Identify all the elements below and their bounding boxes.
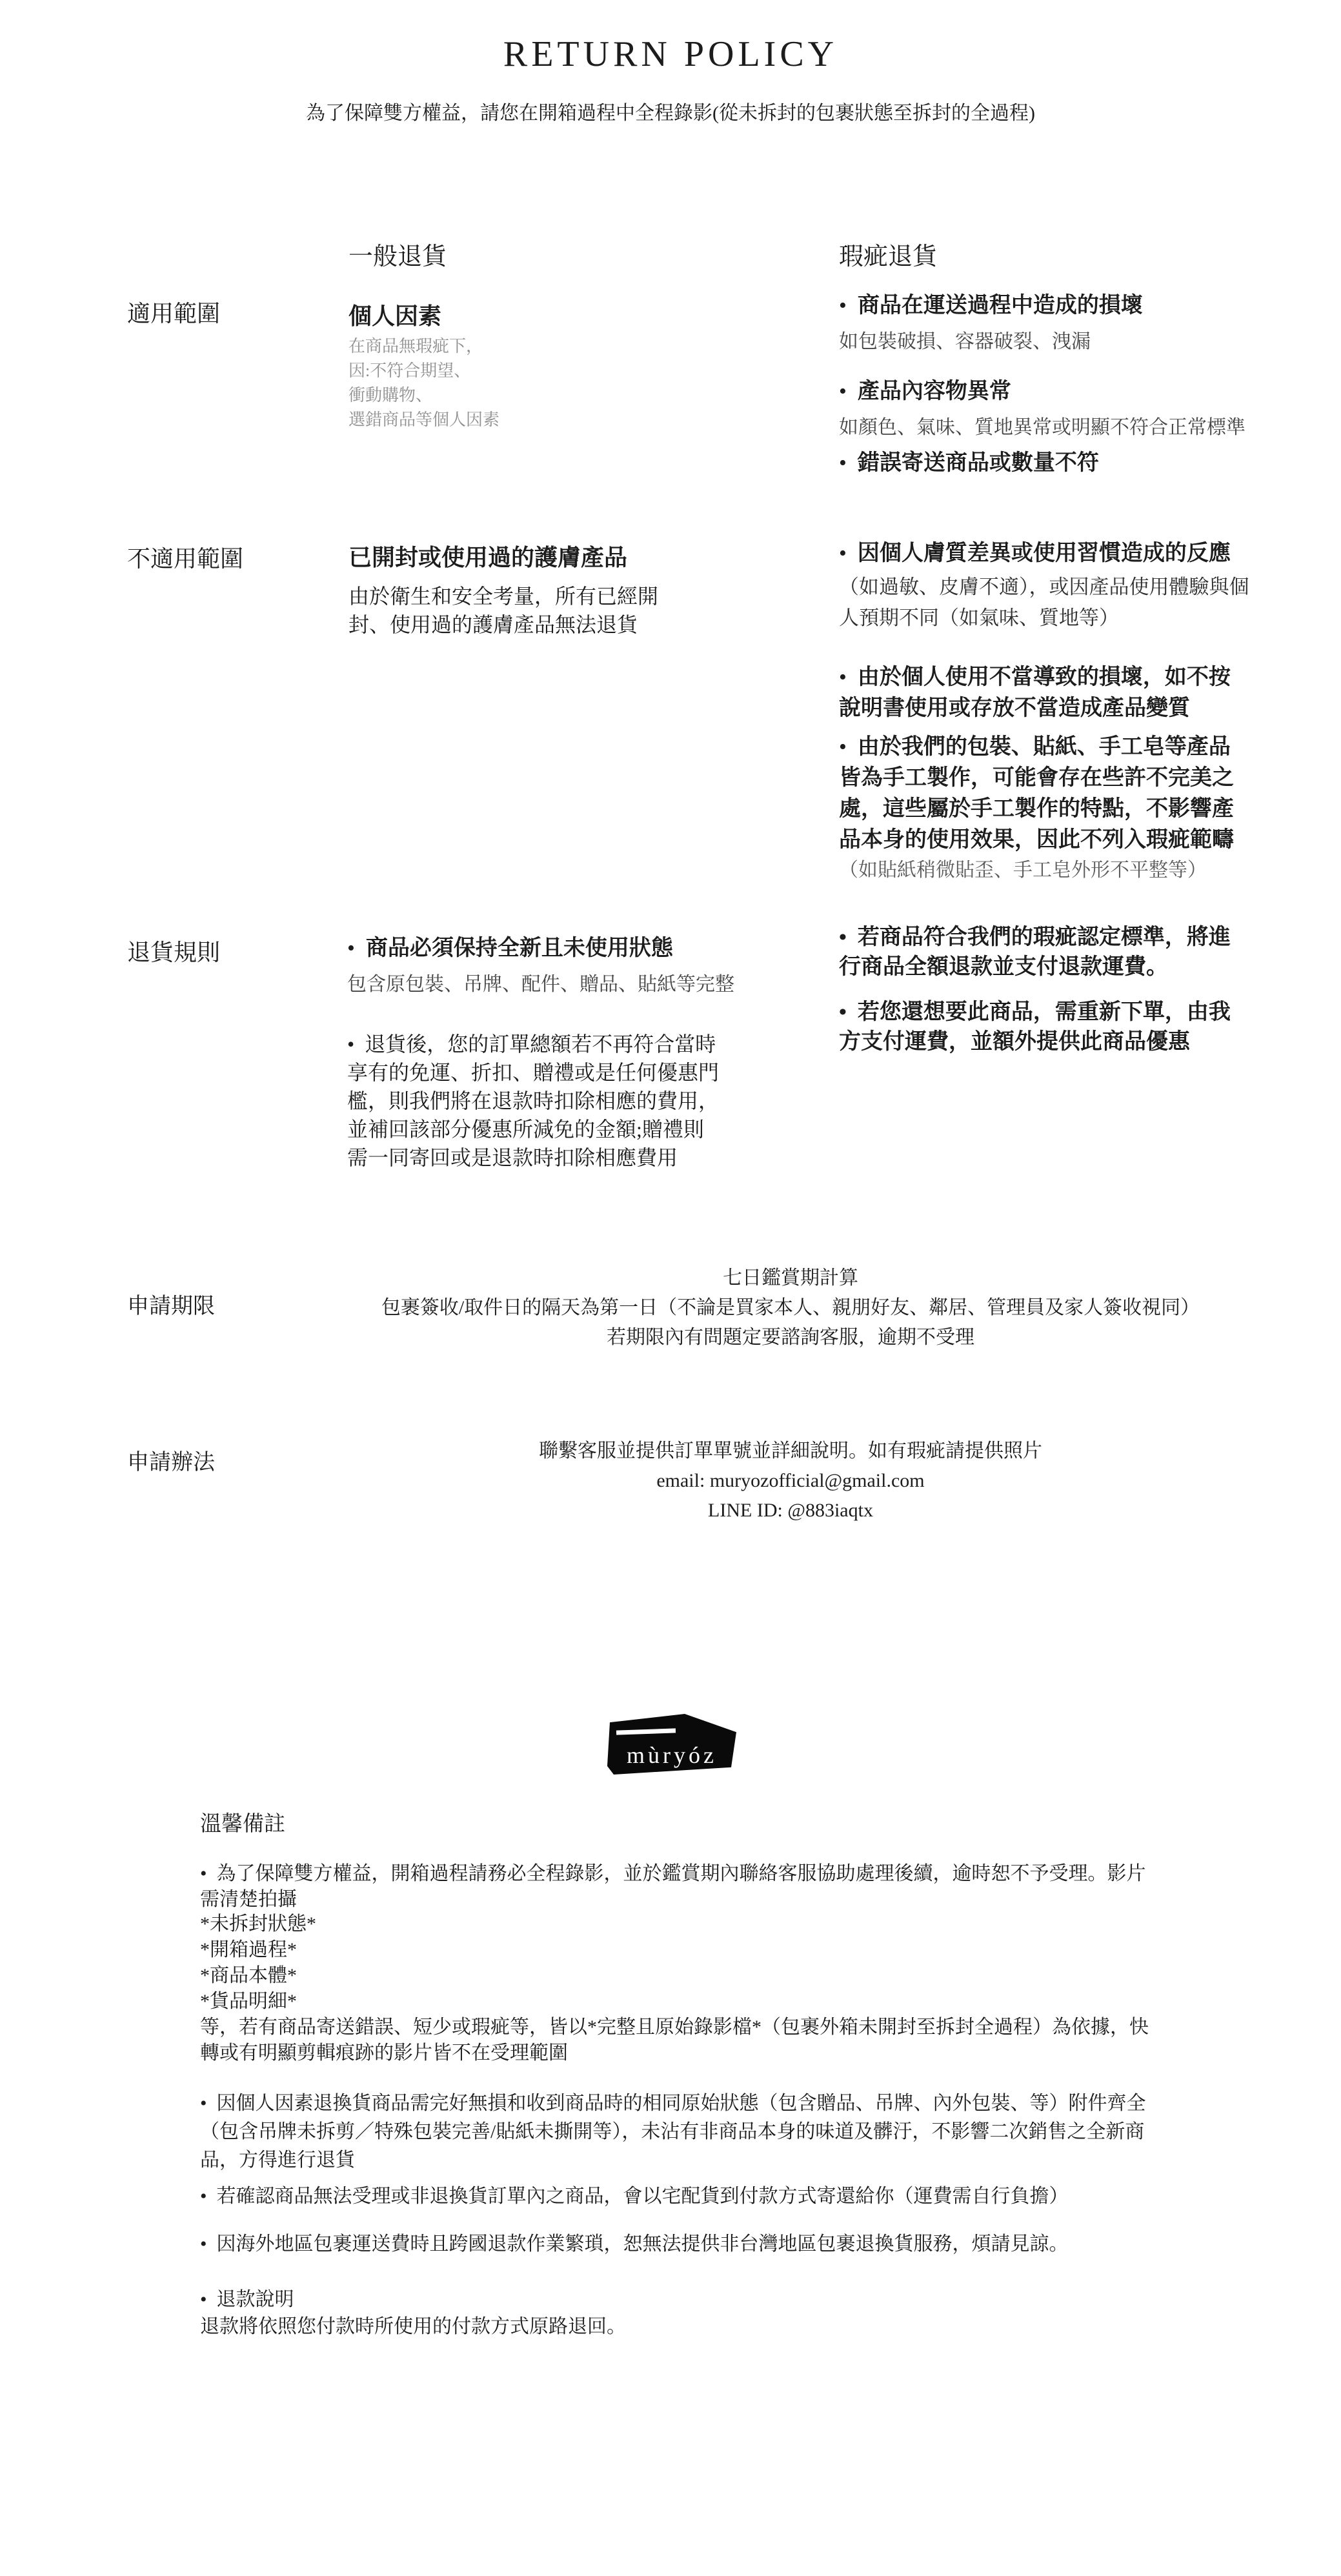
item-sub: 如包裝破損、容器破裂、洩漏: [839, 328, 1252, 356]
item-head: 因個人膚質差異或使用習慣造成的反應: [839, 541, 1231, 565]
item-head: 商品在運送過程中造成的損壞: [839, 294, 1143, 317]
scope-general-head: 個人因素: [348, 298, 441, 331]
item-head: 由於我們的包裝、貼紙、手工皂等產品皆為手工製作，可能會存在些許不完美之處，這些屬…: [839, 735, 1234, 852]
row-label-method: 申請辦法: [127, 1444, 215, 1476]
item-head: 錯誤寄送商品或數量不符: [839, 451, 1099, 475]
logo-wordmark: mùryóz: [607, 1742, 736, 1769]
na-general-body: 由於衛生和安全考量，所有已經開封、使用過的護膚產品無法退貨: [348, 582, 691, 639]
column-header-defect-return: 瑕疵退貨: [839, 236, 937, 272]
note-bullet-1: 為了保障雙方權益，開箱過程請務必全程錄影，並於鑑賞期內聯絡客服協助處理後續，逾時…: [200, 1861, 1155, 1913]
note-asterisk-1: *未拆封狀態*: [200, 1911, 1155, 1937]
note-bullet-4: 因海外地區包裹運送費時且跨國退款作業繁瑣，恕無法提供非台灣地區包裹退換貨服務，煩…: [200, 2231, 1155, 2257]
gray-line: 選錯商品等個人因素: [348, 408, 499, 432]
rules-defect-item-2: 若您還想要此商品，需重新下單，由我方支付運費，並額外提供此商品優惠: [839, 998, 1239, 1057]
note-bullet-5-head: 退款說明: [200, 2287, 1155, 2313]
row-label-rules: 退貨規則: [127, 934, 220, 967]
item-head: 由於個人使用不當導致的損壞，如不按說明書使用或存放不當造成產品變質: [839, 665, 1231, 720]
row-label-scope: 適用範圍: [127, 296, 220, 328]
item-sub: 包含原包裝、吊牌、配件、贈品、貼紙等完整: [347, 971, 734, 999]
note-text: 若確認商品無法受理或非退換貨訂單內之商品，會以宅配貨到付款方式寄還給你（運費需自…: [200, 2186, 1069, 2207]
note-text: 退款說明: [200, 2289, 294, 2310]
return-policy-page: RETURN POLICY 為了保障雙方權益，請您在開箱過程中全程錄影(從未拆封…: [0, 0, 1341, 2576]
deadline-line: 包裹簽收/取件日的隔天為第一日（不論是買家本人、親朋好友、鄰居、管理員及家人簽收…: [348, 1293, 1233, 1323]
deadline-line: 七日鑑賞期計算: [348, 1263, 1233, 1293]
note-text: 為了保障雙方權益，開箱過程請務必全程錄影，並於鑑賞期內聯絡客服協助處理後續，逾時…: [200, 1863, 1146, 1910]
na-defect-item-3: 由於我們的包裝、貼紙、手工皂等產品皆為手工製作，可能會存在些許不完美之處，這些屬…: [839, 732, 1252, 885]
note-refund-line: 退款將依照您付款時所使用的付款方式原路退回。: [200, 2314, 1155, 2340]
na-defect-item-1: 因個人膚質差異或使用習慣造成的反應 （如過敏、皮膚不適），或因產品使用體驗與個人…: [839, 538, 1252, 634]
item-para: 若商品符合我們的瑕疵認定標準，將進行商品全額退款並支付退款運費。: [839, 925, 1231, 979]
notes-heading: 溫馨備註: [200, 1807, 285, 1837]
rules-defect-item-1: 若商品符合我們的瑕疵認定標準，將進行商品全額退款並支付退款運費。: [839, 923, 1239, 982]
gray-line: 衝動購物、: [348, 383, 499, 408]
item-head: 商品必須保持全新且未使用狀態: [347, 936, 673, 960]
note-bullet-3: 若確認商品無法受理或非退換貨訂單內之商品，會以宅配貨到付款方式寄還給你（運費需自…: [200, 2184, 1155, 2209]
muryoz-logo: mùryóz: [607, 1714, 736, 1775]
na-defect-item-2: 由於個人使用不當導致的損壞，如不按說明書使用或存放不當造成產品變質: [839, 662, 1239, 724]
item-para: 退貨後，您的訂單總額若不再符合當時享有的免運、折扣、贈禮或是任何優惠門檻，則我們…: [347, 1032, 719, 1169]
note-asterisk-3: *商品本體*: [200, 1963, 1155, 1989]
deadline-line: 若期限內有問題定要諮詢客服，逾期不受理: [348, 1323, 1233, 1353]
scope-general-detail: 在商品無瑕疵下， 因:不符合期望、 衝動購物、 選錯商品等個人因素: [348, 334, 499, 432]
na-general-head: 已開封或使用過的護膚產品: [348, 539, 627, 572]
deadline-block: 七日鑑賞期計算 包裹簽收/取件日的隔天為第一日（不論是買家本人、親朋好友、鄰居、…: [348, 1263, 1233, 1353]
rules-general-item-1: 商品必須保持全新且未使用狀態 包含原包裝、吊牌、配件、贈品、貼紙等完整: [347, 933, 734, 999]
item-cont: （如過敏、皮膚不適），或因產品使用體驗與個人預期不同（如氣味、質地等）: [839, 572, 1252, 634]
page-subtitle: 為了保障雙方權益，請您在開箱過程中全程錄影(從未拆封的包裹狀態至拆封的全過程): [0, 97, 1341, 125]
gray-line: 因:不符合期望、: [348, 359, 499, 383]
gray-line: 在商品無瑕疵下，: [348, 334, 499, 359]
column-header-general-return: 一般退貨: [348, 236, 447, 272]
rules-general-item-2: 退貨後，您的訂單總額若不再符合當時享有的免運、折扣、贈禮或是任何優惠門檻，則我們…: [347, 1030, 721, 1172]
item-para: 若您還想要此商品，需重新下單，由我方支付運費，並額外提供此商品優惠: [839, 1000, 1231, 1054]
item-note: （如貼紙稍微貼歪、手工皂外形不平整等）: [839, 856, 1252, 885]
note-bullet-2: 因個人因素退換貨商品需完好無損和收到商品時的相同原始狀態（包含贈品、吊牌、內外包…: [200, 2089, 1155, 2175]
scope-defect-item-1: 商品在運送過程中造成的損壞 如包裝破損、容器破裂、洩漏: [839, 290, 1252, 356]
method-line: 聯繫客服並提供訂單單號並詳細說明。如有瑕疵請提供照片: [348, 1436, 1233, 1466]
note-asterisk-2: *開箱過程*: [200, 1937, 1155, 1963]
contact-line-id: LINE ID: @883iaqtx: [348, 1496, 1233, 1525]
logo-slit-decoration: [616, 1728, 676, 1735]
scope-defect-item-3: 錯誤寄送商品或數量不符: [839, 448, 1252, 479]
method-block: 聯繫客服並提供訂單單號並詳細說明。如有瑕疵請提供照片 email: muryoz…: [348, 1436, 1233, 1525]
note-bullet-1-end: 等，若有商品寄送錯誤、短少或瑕疵等，皆以*完整且原始錄影檔*（包裹外箱未開封至拆…: [200, 2015, 1155, 2066]
row-label-deadline: 申請期限: [127, 1288, 215, 1320]
contact-email: email: muryozofficial@gmail.com: [348, 1466, 1233, 1496]
page-title: RETURN POLICY: [0, 34, 1341, 75]
scope-defect-item-2: 產品內容物異常 如顏色、氣味、質地異常或明顯不符合正常標準: [839, 376, 1252, 442]
note-text: 因個人因素退換貨商品需完好無損和收到商品時的相同原始狀態（包含贈品、吊牌、內外包…: [200, 2093, 1146, 2171]
row-label-not-applicable: 不適用範圍: [127, 541, 243, 574]
item-head: 產品內容物異常: [839, 379, 1011, 403]
note-asterisk-4: *貨品明細*: [200, 1989, 1155, 2015]
item-sub: 如顏色、氣味、質地異常或明顯不符合正常標準: [839, 414, 1252, 442]
note-text: 因海外地區包裹運送費時且跨國退款作業繁瑣，恕無法提供非台灣地區包裹退換貨服務，煩…: [200, 2233, 1069, 2255]
